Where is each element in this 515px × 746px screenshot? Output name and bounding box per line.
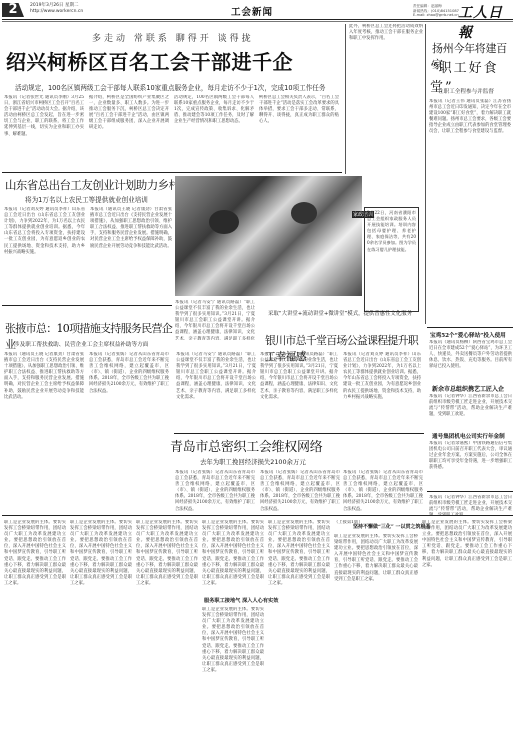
lead-deck: 活动规定，100名区镇两级工会干部每人联系10家重点服务企业，每月走访不少于1次… — [15, 82, 345, 92]
lead-column-4: 柯桥区总工会相关负责人表示，“百名工会干部进千企”活动是落实工会改革要求的具体举… — [259, 95, 339, 169]
bottom-col-5: 职工是企业发展的主体。要切实发挥工会桥梁纽带作用，团结动员广大职工为改革发展建功… — [268, 520, 330, 742]
briefs-top-rule — [427, 327, 513, 328]
qingdao-body-col2: 本报讯（记者张嫣）记者从山东省青岛市总工会获悉，青岛市总工会近年来不断完善工会维… — [260, 470, 340, 512]
section-title: 工会新闻 — [231, 4, 273, 18]
header-rule — [2, 19, 513, 20]
zhangye-body-col2: 本报讯（记者张嫣）记者从山东省青岛市总工会获悉，青岛市总工会近年来不断完善工会维… — [89, 352, 169, 432]
yinchuan-body-col2: 本报讯（记者马安宁 通讯员路磊）“职工公益课堂不仅丰富了我的业余生活，也让我学到… — [260, 352, 338, 432]
bottom-col-7: 职工是企业发展的主体。要切实发挥工会桥梁纽带作用，团结动员广大职工为改革发展建功… — [422, 520, 512, 742]
brief-2-headline: 新余市总组织携艺工匠入企 — [432, 384, 504, 393]
shandong-body-col2: 本报讯（通讯员王晓 记者康劲）甘肃省张掖市总工会近日出台《支持民营企业发展十项措… — [90, 207, 172, 305]
yinchuan-rule — [174, 433, 424, 434]
briefs-bottom-rule — [427, 491, 513, 492]
news-photo — [175, 176, 362, 296]
column-divider — [345, 24, 346, 174]
bottom-col-4a: 职工是企业发展的主体。要切实发挥工会桥梁纽带作用，团结动员广大职工为改革发展建功… — [202, 520, 264, 595]
shandong-deck: 将为1万名以上农民工等提供就业创业培训 — [25, 194, 148, 204]
yinchuan-kicker: 采取“大讲堂+流动讲堂+微讲堂”模式，提供普惠性文化服务 — [268, 309, 412, 317]
lead-column-3: 活动规定，100名区镇两级工会干部每人联系10家重点服务企业，每月走访不少于1次… — [174, 95, 254, 169]
lead-column-2: 据介绍，柯桥区是全国纺织产业集聚区之一，企业数量多、职工人数多。为进一步推动工会… — [89, 95, 169, 169]
bottom-col-2: 职工是企业发展的主体。要切实发挥工会桥梁纽带作用，团结动员广大职工为改革发展建功… — [70, 520, 132, 742]
page-number: 2 — [2, 3, 24, 17]
brief-2-body: 本报讯（记者钟华）江西省新余市总工会日前组织市级劳模工匠走进企业，开展技术交流与… — [429, 394, 512, 428]
yinchuan-lead-text: 本报讯（记者马安宁 通讯员路磊）“职工公益课堂不仅丰富了我的业余生活，也让我学到… — [175, 300, 255, 340]
shandong-rule — [2, 305, 172, 306]
lead-bottom-rule — [2, 172, 342, 173]
bottom-col-1: 职工是企业发展的主体。要切实发挥工会桥梁纽带作用，团结动员广大职工为改革发展建功… — [4, 520, 66, 742]
site-url[interactable]: http://www.workercn.cn — [30, 9, 83, 15]
brief-1-headline: 宝鸡52个“爱心驿站”投入使用 — [430, 331, 506, 339]
brief-3-body: 本报讯（记者余嘉熙）中国铁路通信信号集团机电公司日前召开职工代表大会，审议通过企… — [429, 441, 512, 489]
bottom-col-6: 职工是企业发展的主体。要切实发挥工会桥梁纽带作用，团结动员广大职工为改革发展建功… — [334, 534, 418, 742]
dateline: 2019年3月26日 星期二 http://www.workercn.cn — [30, 3, 83, 15]
shandong-body-col1: 本报讯（记者刘友婷 通讯员李祥）山东省总工会近日出台《山东省总工会工友创业计划》… — [4, 207, 85, 305]
header-rule-thin — [2, 21, 513, 22]
brief-1-body: 本报讯（通讯员杨柳）陕西省宝鸡市总工会近日在全市建成52个“爱心驿站”，为环卫工… — [429, 340, 512, 382]
bottom-col-3: 职工是企业发展的主体。要切实发挥工会桥梁纽带作用，团结动员广大职工为改革发展建功… — [136, 520, 198, 742]
masthead-logo: 工人日報 — [458, 2, 515, 42]
right-rail-divider — [425, 24, 426, 324]
yinchuan-body-col3: 本报讯（记者刘友婷 通讯员李祥）山东省总工会近日出台《山东省总工会工友创业计划》… — [343, 352, 421, 432]
lead-kicker: 多走动 常联系 聊得开 谈得拢 — [92, 31, 254, 44]
qingdao-body-col4: 本报讯（记者钟华）江西省新余市总工会日前组织市级劳模工匠走进企业，开展技术交流与… — [429, 495, 512, 515]
right-rail-intro: 此外，柯桥区总工会还将把活动成效纳入年度考核，推动工会干部在服务企业和职工中发挥… — [349, 24, 423, 179]
bottom-section-rule — [2, 515, 513, 516]
qingdao-deck: 去年为职工挽回经济损失2100余万元 — [200, 457, 306, 466]
photo-caption: 3月22日，河南省濮阳市总工会组织家政服务人员开展技能培训。培训内容包括母婴护理… — [364, 207, 419, 312]
zhangye-deck: 涉及职工帮扶救助、民营企业工会主席权益补助等方面 — [14, 340, 148, 348]
lead-column-1: 本报讯（记者张世光 通讯员李刚）3月25日，浙江省绍兴市柯桥区工会召开“百名工会… — [4, 95, 84, 169]
qingdao-body-col3: 本报讯（记者张嫣）记者从山东省青岛市总工会获悉，青岛市总工会近年来不断完善工会维… — [343, 470, 423, 512]
yangzhou-body: 本报讯（记者王伟 通讯员张磊）江苏省扬州市总工会近日印发通知，决定今年在全市建设… — [429, 99, 511, 314]
lead-headline: 绍兴柯桥区百名工会干部进千企 — [6, 46, 336, 75]
zhangye-body-col1: 本报讯（通讯员王晓 记者康劲）甘肃省张掖市总工会近日出台《支持民营企业发展十项措… — [4, 352, 84, 514]
qingdao-body-col1: 本报讯（记者张嫣）记者从山东省青岛市总工会获悉，青岛市总工会近年来不断完善工会维… — [175, 470, 255, 512]
bottom-col-4b: 职工是企业发展的主体。要切实发挥工会桥梁纽带作用，团结动员广大职工为改革发展建功… — [202, 607, 264, 742]
editor-credits: 责任编辑：赵丽梅 新闻热线：(010)84151087 E-mail: zhao… — [413, 4, 459, 18]
yinchuan-body-col1: 本报讯（记者马安宁 通讯员路磊）“职工公益课堂不仅丰富了我的业余生活，也让我学到… — [176, 352, 256, 432]
qingdao-headline: 青岛市总密织工会维权网络 — [170, 436, 370, 455]
yangzhou-deck: 让职工全程参与并监督 — [438, 87, 494, 95]
brief-3-headline: 通号集团机电公司实行年金制 — [432, 432, 505, 440]
bottom-subhead-1: 坚持不懈做“三化” 一以贯之筑根基 — [353, 523, 431, 530]
